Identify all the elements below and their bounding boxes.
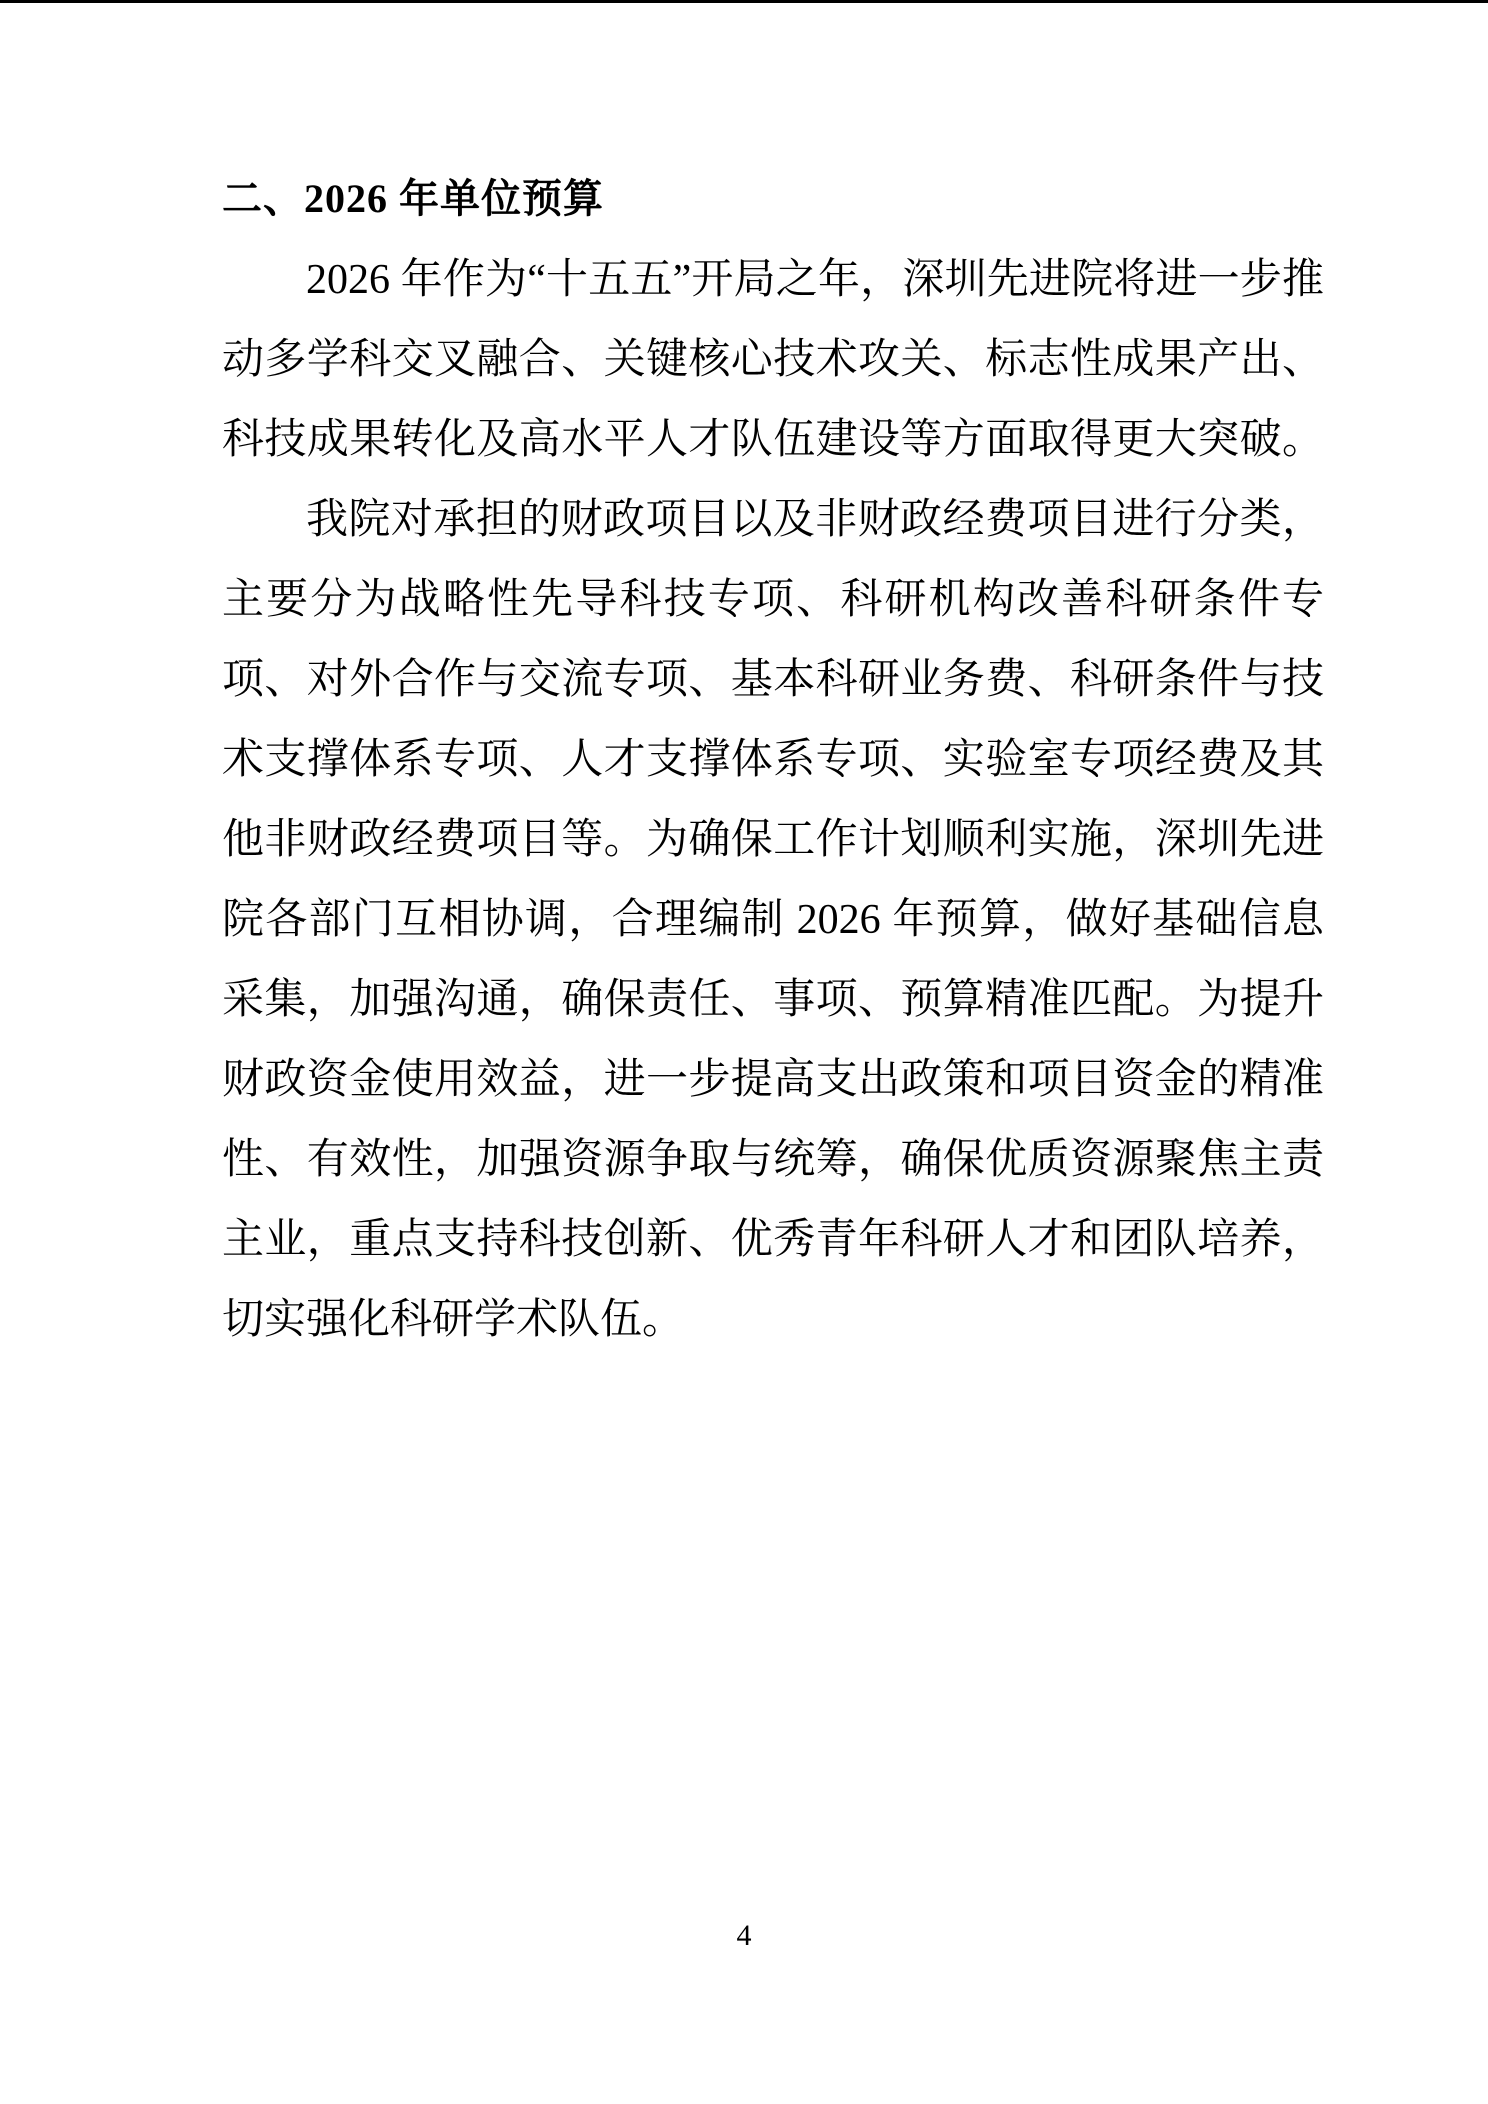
document-body: 二、2026 年单位预算 2026 年作为“十五五”开局之年，深圳先进院将进一步… bbox=[222, 176, 1324, 1360]
paragraph-line: 2026 年作为“十五五”开局之年，深圳先进院将进一步推 bbox=[222, 240, 1324, 320]
paragraph-line: 主要分为战略性先导科技专项、科研机构改善科研条件专 bbox=[222, 560, 1324, 640]
page-number: 4 bbox=[0, 1916, 1488, 1956]
paragraph-line: 切实强化科研学术队伍。 bbox=[222, 1280, 1324, 1360]
section-heading: 二、2026 年单位预算 bbox=[222, 176, 1324, 222]
paragraph-line: 我院对承担的财政项目以及非财政经费项目进行分类， bbox=[222, 480, 1324, 560]
document-page: { "document": { "heading": "二、2026 年单位预算… bbox=[0, 0, 1488, 2104]
paragraph-line: 院各部门互相协调，合理编制 2026 年预算，做好基础信息 bbox=[222, 880, 1324, 960]
paragraph-line: 术支撑体系专项、人才支撑体系专项、实验室专项经费及其 bbox=[222, 720, 1324, 800]
scan-edge-top bbox=[0, 0, 1488, 3]
paragraph-line: 财政资金使用效益，进一步提高支出政策和项目资金的精准 bbox=[222, 1040, 1324, 1120]
paragraph-line: 主业，重点支持科技创新、优秀青年科研人才和团队培养， bbox=[222, 1200, 1324, 1280]
paragraph-1: 2026 年作为“十五五”开局之年，深圳先进院将进一步推 动多学科交叉融合、关键… bbox=[222, 240, 1324, 480]
paragraph-line: 动多学科交叉融合、关键核心技术攻关、标志性成果产出、 bbox=[222, 320, 1324, 400]
paragraph-line: 科技成果转化及高水平人才队伍建设等方面取得更大突破。 bbox=[222, 400, 1324, 480]
paragraph-2: 我院对承担的财政项目以及非财政经费项目进行分类， 主要分为战略性先导科技专项、科… bbox=[222, 480, 1324, 1360]
paragraph-line: 性、有效性，加强资源争取与统筹，确保优质资源聚焦主责 bbox=[222, 1120, 1324, 1200]
paragraph-line: 采集，加强沟通，确保责任、事项、预算精准匹配。为提升 bbox=[222, 960, 1324, 1040]
paragraph-line: 他非财政经费项目等。为确保工作计划顺利实施，深圳先进 bbox=[222, 800, 1324, 880]
paragraph-line: 项、对外合作与交流专项、基本科研业务费、科研条件与技 bbox=[222, 640, 1324, 720]
